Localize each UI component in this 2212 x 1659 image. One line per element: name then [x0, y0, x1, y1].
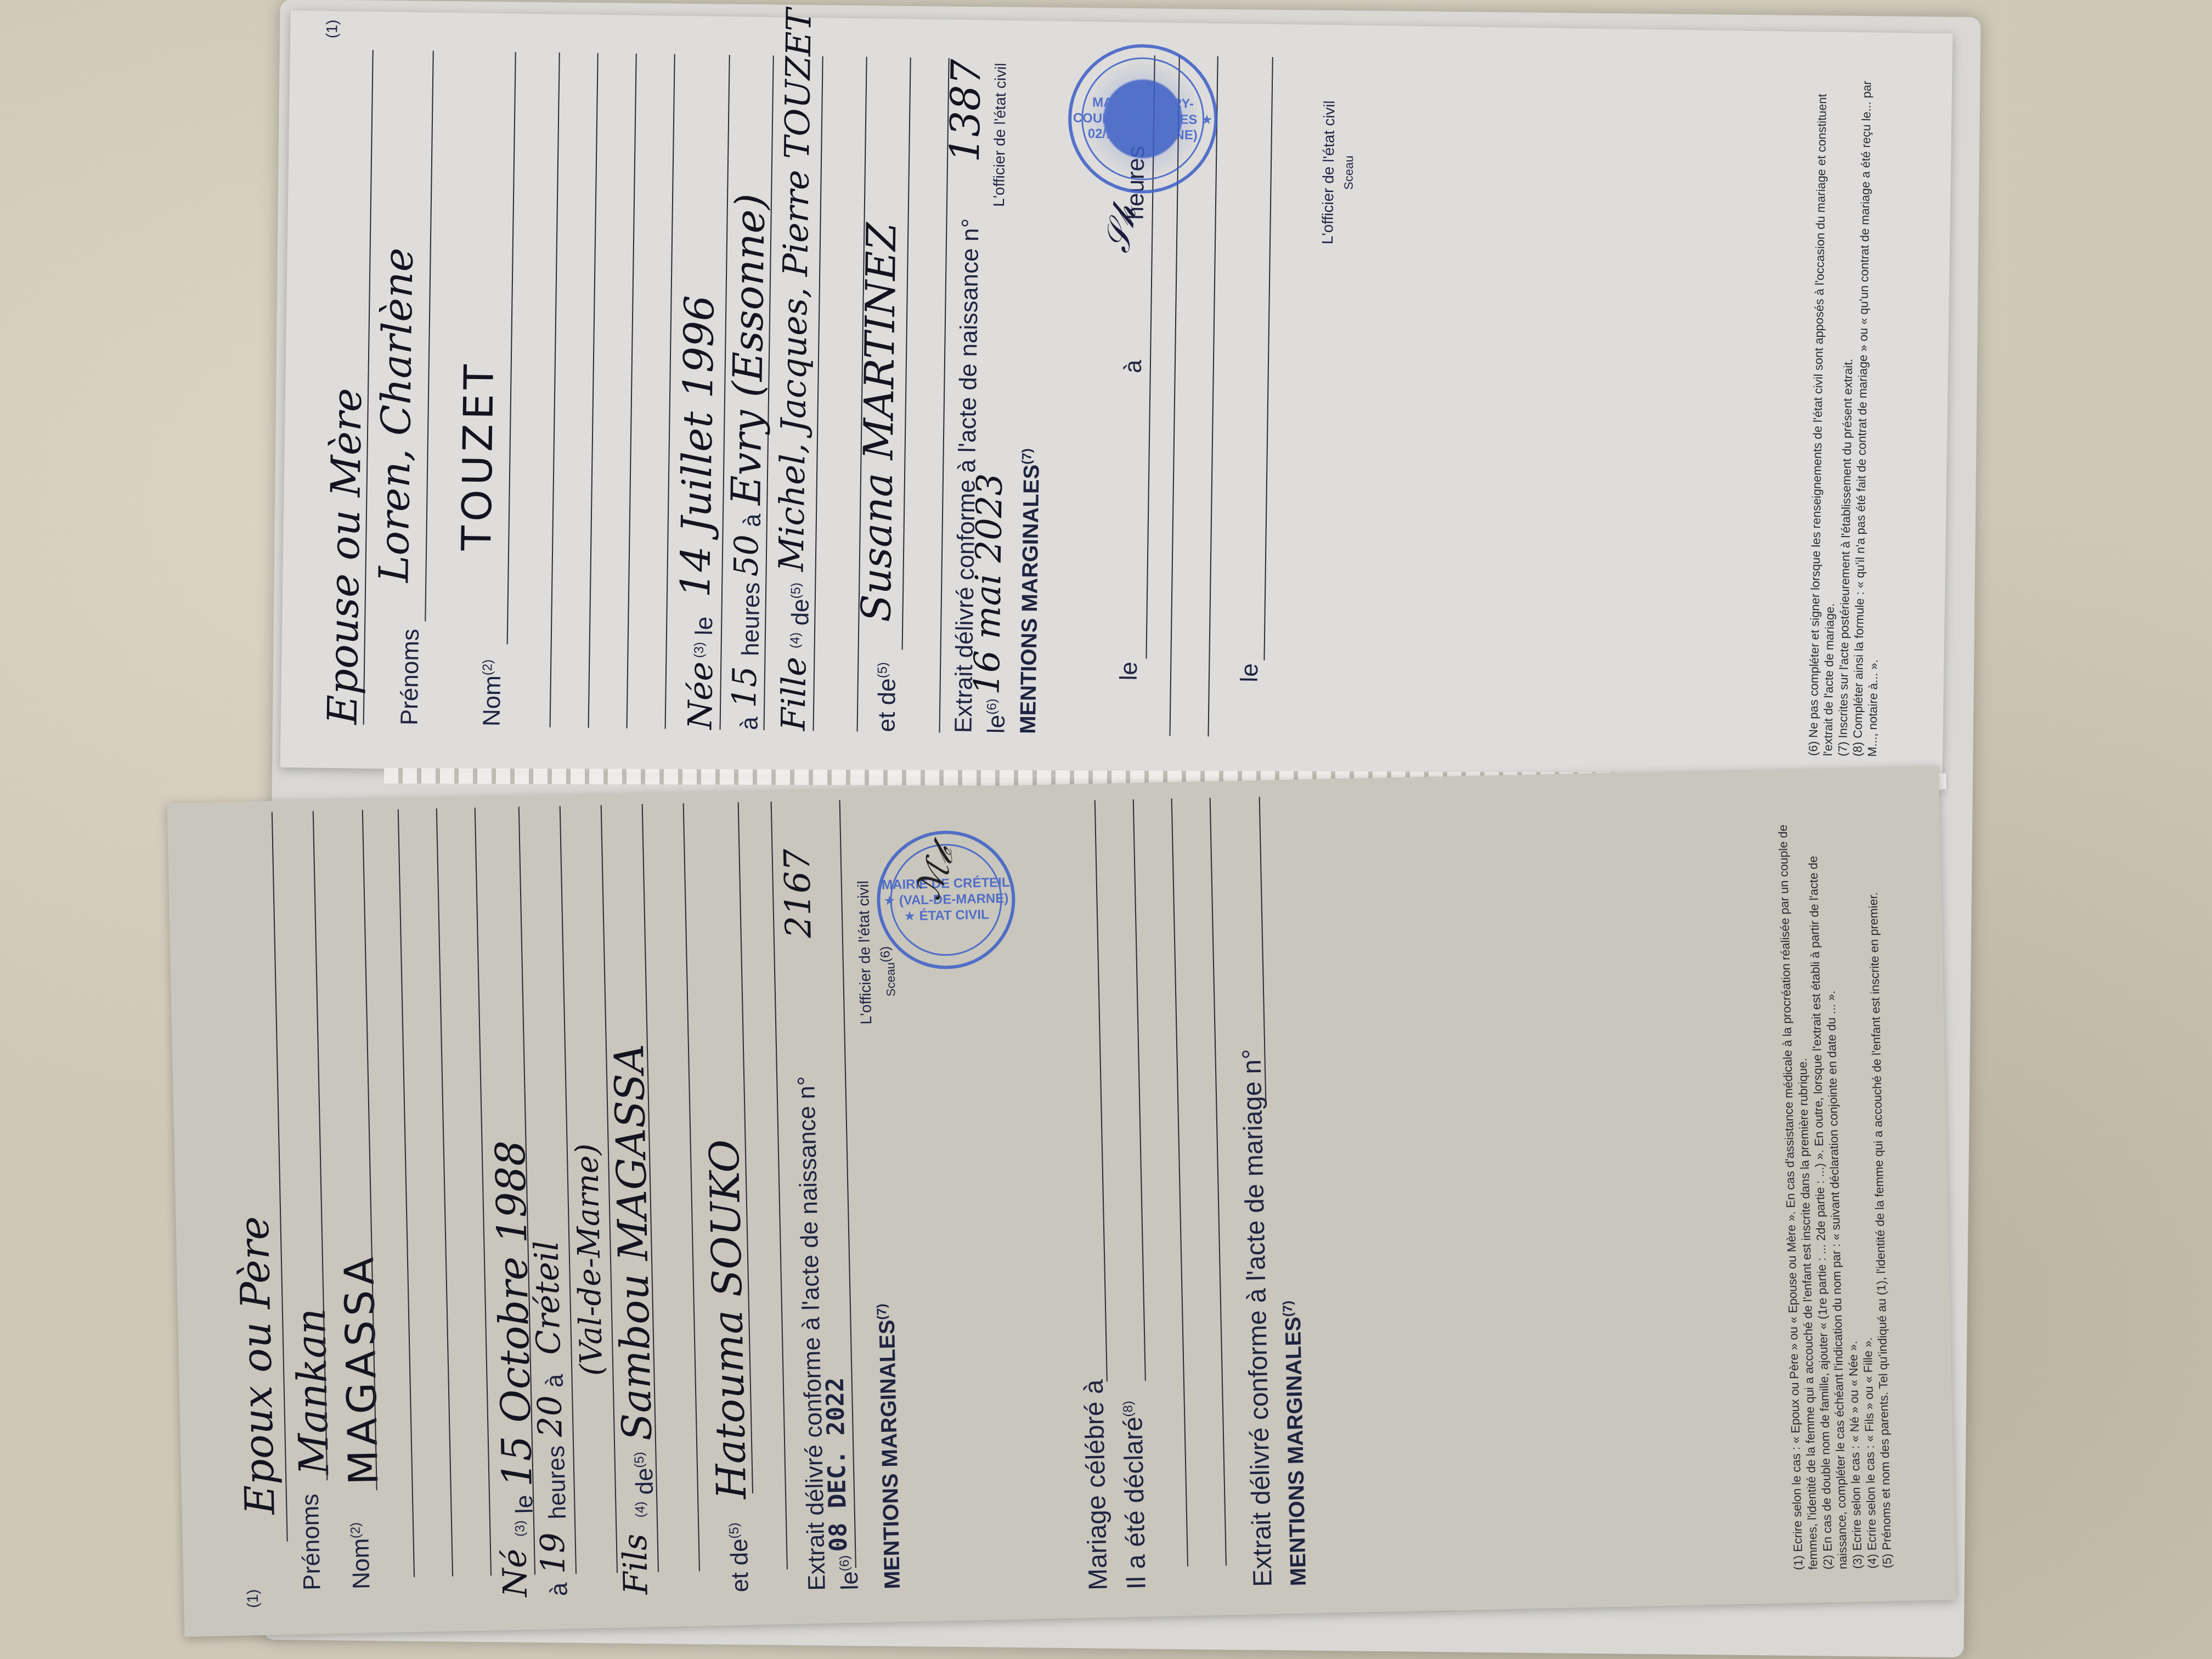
prenoms-value: Mankan [287, 1308, 338, 1476]
mariage-label: Mariage célébré à [1079, 1379, 1114, 1590]
ne-value: Né [495, 1548, 535, 1597]
role-handwritten: Epouse ou Mère [319, 387, 371, 725]
sceau-label: Sceau(6) [878, 946, 898, 996]
hour-value: 15 [725, 666, 764, 708]
page-epouse-mere: (1) Epouse ou Mère Prénoms Loren, Charlè… [280, 10, 1953, 791]
place-label: à [739, 513, 766, 527]
le-row-label: le [1115, 662, 1143, 681]
le-label: (3) le [511, 1494, 539, 1537]
footnote-marker: (1) [323, 20, 341, 39]
delivered-label: le(6) [836, 1555, 864, 1590]
delivered-label: le(6) [983, 698, 1011, 733]
a-row-label: à [1120, 360, 1147, 374]
nom-value: TOUZET [453, 360, 503, 551]
filiation-value: Fils [616, 1533, 656, 1595]
officer-label: L'officier de l'état civil [990, 63, 1010, 207]
minute-value: 50 [727, 534, 766, 577]
nom-label: Nom(2) [478, 659, 507, 727]
mentions-marginales: MENTIONS MARGINALES(7) [874, 1304, 905, 1589]
le2-row-label: le [1236, 663, 1263, 682]
filiation-value: Fille [775, 657, 814, 731]
page-epoux-pere: (1) Epoux ou Père Prénoms Mankan Nom(2) … [167, 766, 1956, 1637]
minute-value: 20 [531, 1395, 570, 1438]
birth-place-line1: Créteil [527, 1240, 568, 1356]
prenoms-label: Prénoms [297, 1493, 326, 1590]
officer-signature-right: 𝒮𝒽 [1097, 202, 1145, 256]
nom-label: Nom(2) [347, 1522, 376, 1589]
birth-place-line2: (Val-de-Marne) [569, 1143, 610, 1376]
le-label: (3) le [690, 616, 718, 658]
footnotes-right: (6) Ne pas compléter et signer lorsque l… [1805, 65, 1936, 758]
footnote-marker: (1) [244, 1589, 262, 1608]
declare-label: Il a été déclaré(8) [1118, 1401, 1152, 1590]
a-label: à [545, 1582, 573, 1596]
prenoms-value: Loren, Charlène [370, 247, 422, 583]
mentions-marginales-2: MENTIONS MARGINALES(7) [1280, 1300, 1311, 1586]
hour-value: 19 [533, 1532, 573, 1575]
delivered-date-stamp: 08 DEC. 2022 [821, 1377, 853, 1552]
delivered-date: 16 mai 2023 [967, 473, 1011, 695]
de-label: (4) de(5) [787, 583, 815, 649]
page-content: (1) Epoux ou Père Prénoms Mankan Nom(2) … [167, 787, 980, 1637]
et-de-label: et de(5) [725, 1522, 754, 1593]
mother-name: Susana MARTINEZ [853, 222, 905, 622]
prenoms-label: Prénoms [396, 629, 425, 726]
acte-number: 2167 [777, 848, 819, 938]
a-label: à [736, 716, 764, 730]
heures-label: heures [543, 1445, 572, 1520]
father-name: Michel, Jacques, Pierre TOUZET [771, 8, 819, 572]
birth-date: 14 Juillet 1996 [672, 295, 724, 598]
mother-name: Hatouma SOUKO [701, 1139, 756, 1500]
place-label: à [541, 1374, 569, 1388]
mentions-marginales: MENTIONS MARGINALES(7) [1016, 448, 1045, 734]
father-name: Sambou MAGASSA [606, 1043, 661, 1441]
ne-value: Née [681, 661, 721, 729]
et-de-label: et de(5) [873, 662, 902, 732]
footnotes-left: (1) Ecrire selon le cas : « Epoux ou Pèr… [1775, 799, 1933, 1570]
sceau2-label: Sceau [1341, 155, 1356, 190]
heures-label: heures [737, 582, 765, 656]
extrait-mariage-label: Extrait délivré conforme à l'acte de mar… [1237, 1048, 1278, 1587]
role-handwritten: Epoux ou Père [230, 1216, 284, 1515]
birth-place: Evry (Essonne) [723, 193, 774, 505]
nom-value: MAGASSA [336, 1252, 388, 1486]
officer2-label: L'officier de l'état civil [1319, 100, 1339, 245]
officer-label: L'officier de l'état civil [855, 881, 875, 1025]
acte-number: 1387 [941, 59, 990, 163]
